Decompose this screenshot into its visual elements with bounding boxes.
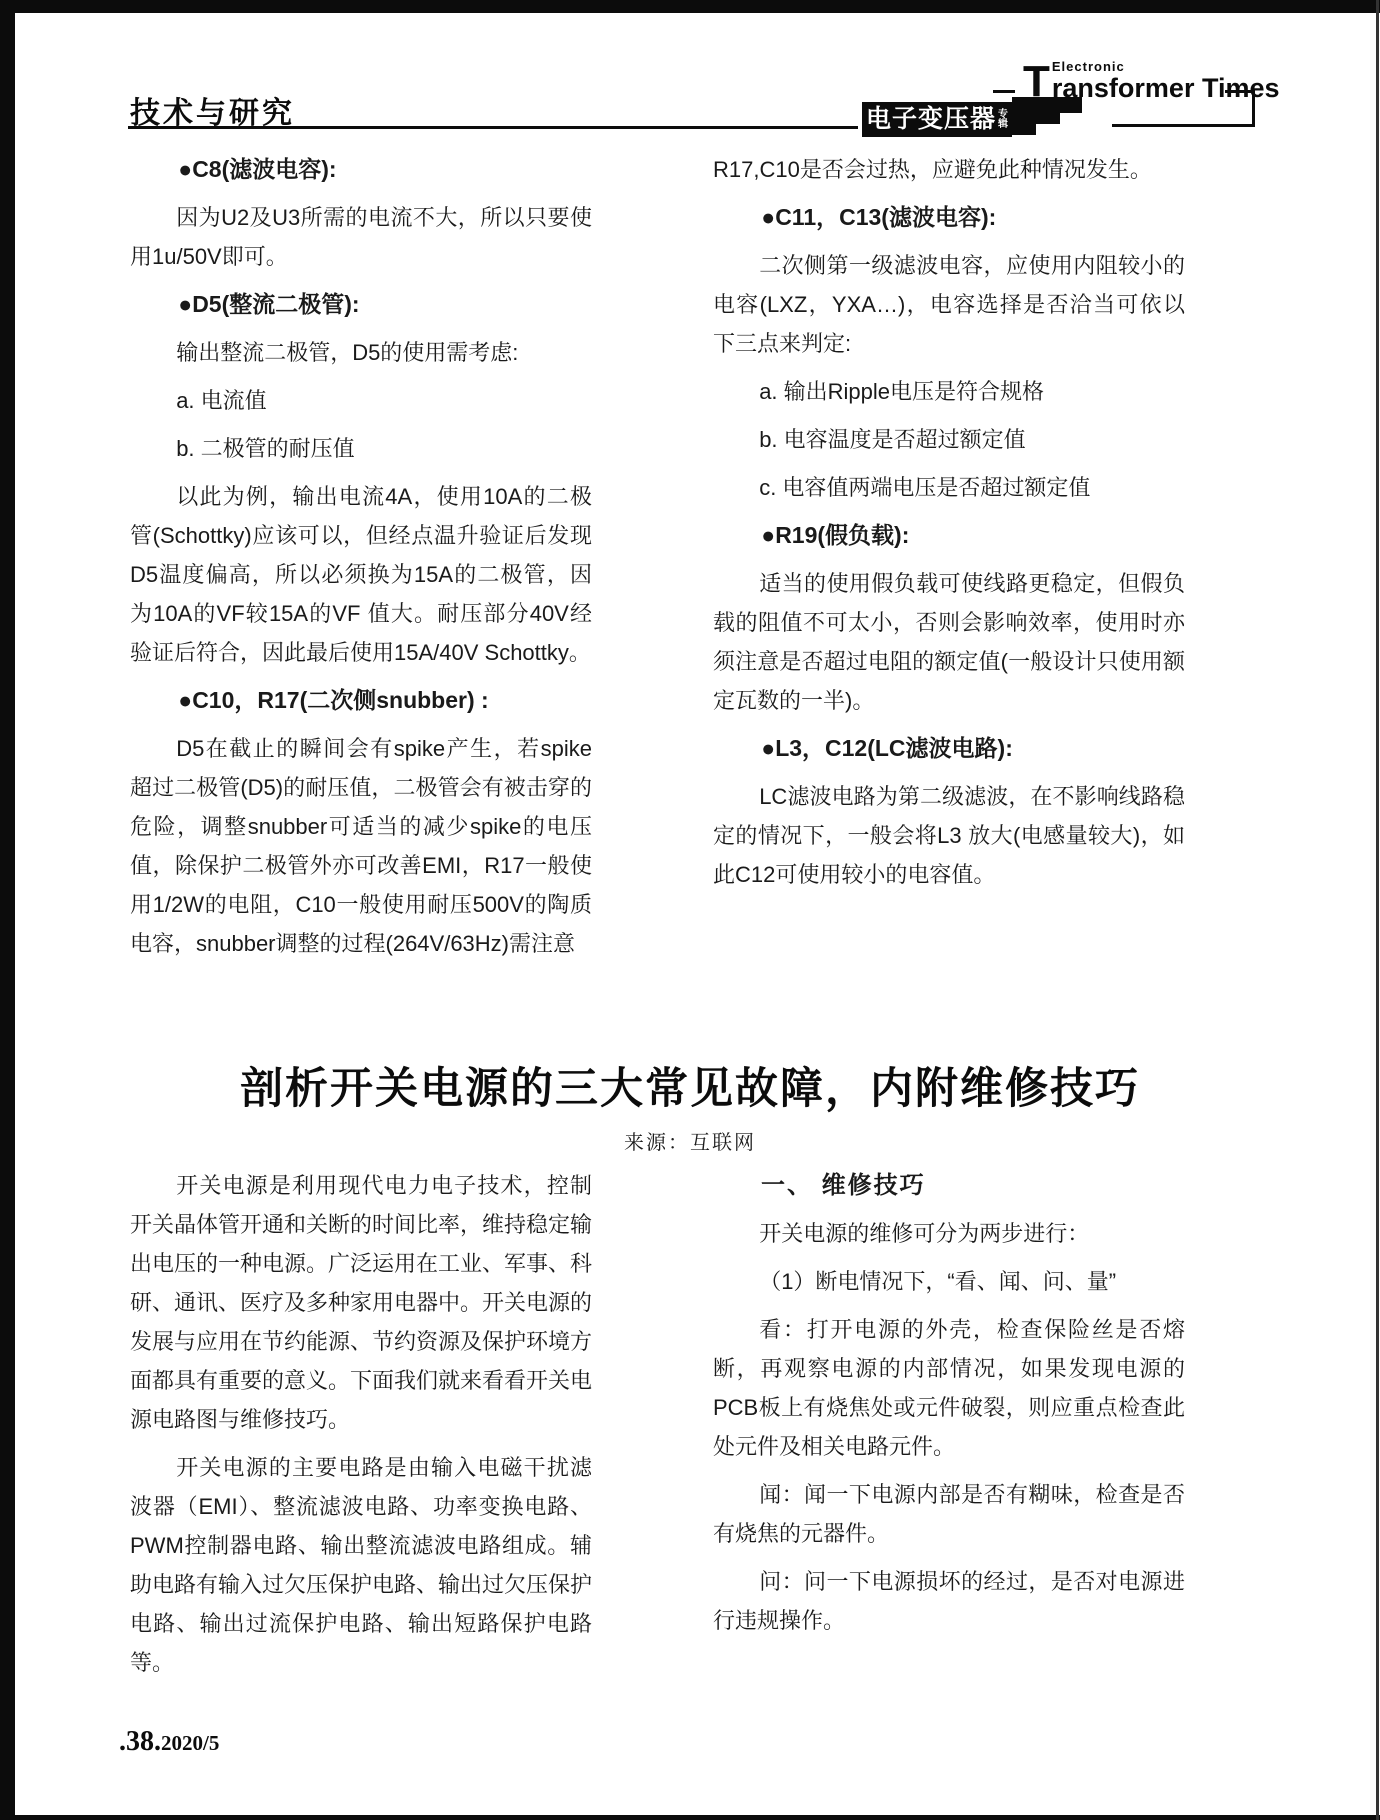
text-block-para: 开关电源是利用现代电力电子技术，控制开关晶体管开通和关断的时间比率，维持稳定输出… [130, 1166, 592, 1439]
text-block-para: 开关电源的维修可分为两步进行： [713, 1214, 1185, 1253]
text-block-item: a. 电流值 [130, 381, 592, 420]
logo-step-2 [1036, 97, 1060, 124]
text-block-para: 因为U2及U3所需的电流不大，所以只要使用1u/50V即可。 [130, 198, 592, 276]
article1-right-column: R17,C10是否会过热，应避免此种情况发生。●C11，C13(滤波电容):二次… [713, 150, 1185, 903]
magazine-page: 技术与研究 T Electronic ransformer Times 电子变压… [0, 0, 1380, 1820]
text-block-item: c. 电容值两端电压是否超过额定值 [713, 468, 1185, 507]
text-block-para: LC滤波电路为第二级滤波，在不影响线路稳定的情况下，一般会将L3 放大(电感量较… [713, 777, 1185, 894]
logo-step-1 [1012, 97, 1036, 135]
text-block-para: 问：问一下电源损坏的经过，是否对电源进行违规操作。 [713, 1562, 1185, 1640]
logo-chinese-text: 电子变压器 [866, 107, 996, 132]
article2-source: 来源：互联网 [130, 1126, 1250, 1155]
page-border-bottom [0, 1815, 1380, 1820]
text-block-para: 闻：闻一下电源内部是否有糊味，检查是否有烧焦的元器件。 [713, 1475, 1185, 1553]
text-block-para: 看：打开电源的外壳，检查保险丝是否熔断，再观察电源的内部情况，如果发现电源的PC… [713, 1310, 1185, 1466]
logo-step-3 [1060, 97, 1082, 113]
text-block-para: 开关电源的主要电路是由输入电磁干扰滤波器（EMI）、整流滤波电路、功率变换电路、… [130, 1448, 592, 1682]
text-block-item: b. 电容温度是否超过额定值 [713, 420, 1185, 459]
text-block-para: （1）断电情况下，“看、闻、问、量” [713, 1262, 1185, 1301]
text-block-para: D5在截止的瞬间会有spike产生，若spike超过二极管(D5)的耐压值，二极… [130, 729, 592, 963]
text-block-heading: ●D5(整流二极管): [130, 285, 592, 324]
text-block-para: 输出整流二极管，D5的使用需考虑: [130, 333, 592, 372]
text-block-heading: ●C8(滤波电容): [130, 150, 592, 189]
masthead-dash-left [993, 90, 1015, 93]
article2-left-column: 开关电源是利用现代电力电子技术，控制开关晶体管开通和关断的时间比率，维持稳定输出… [130, 1166, 592, 1691]
text-block-heading2: 一、 维修技巧 [713, 1166, 1185, 1205]
page-border-top [0, 0, 1380, 13]
text-block-heading: ●R19(假负载): [713, 516, 1185, 555]
logo-small-text: 专 辑 [998, 110, 1008, 130]
page-number: .38. [119, 1726, 161, 1758]
article2-title: 剖析开关电源的三大常见故障，内附维修技巧 [130, 1055, 1250, 1116]
magazine-logo: 电子变压器 专 辑 [862, 102, 1012, 137]
text-block-para: 适当的使用假负载可使线路更稳定，但假负载的阻值不可太小，否则会影响效率，使用时亦… [713, 564, 1185, 720]
page-border-right [1376, 0, 1379, 1820]
page-border-left [0, 0, 15, 1820]
text-block-para: 二次侧第一级滤波电容，应使用内阻较小的电容(LXZ，YXA…)，电容选择是否洽当… [713, 246, 1185, 363]
text-block-item: a. 输出Ripple电压是符合规格 [713, 372, 1185, 411]
masthead-bracket [1112, 90, 1255, 127]
text-block-item: b. 二极管的耐压值 [130, 429, 592, 468]
text-block-para: 以此为例，输出电流4A，使用10A的二极管(Schottky)应该可以，但经点温… [130, 477, 592, 672]
header-rule [128, 126, 858, 129]
text-block-cont: R17,C10是否会过热，应避免此种情况发生。 [713, 150, 1185, 189]
page-footer: .38. 2020/5 [119, 1726, 219, 1758]
issue-number: 2020/5 [161, 1731, 219, 1756]
masthead-electronic: Electronic [1052, 60, 1280, 74]
text-block-heading: ●C10，R17(二次侧snubber) : [130, 681, 592, 720]
article2-right-column: 一、 维修技巧开关电源的维修可分为两步进行：（1）断电情况下，“看、闻、问、量”… [713, 1166, 1185, 1649]
article1-left-column: ●C8(滤波电容):因为U2及U3所需的电流不大，所以只要使用1u/50V即可。… [130, 150, 592, 972]
text-block-heading: ●L3，C12(LC滤波电路): [713, 729, 1185, 768]
text-block-heading: ●C11，C13(滤波电容): [713, 198, 1185, 237]
